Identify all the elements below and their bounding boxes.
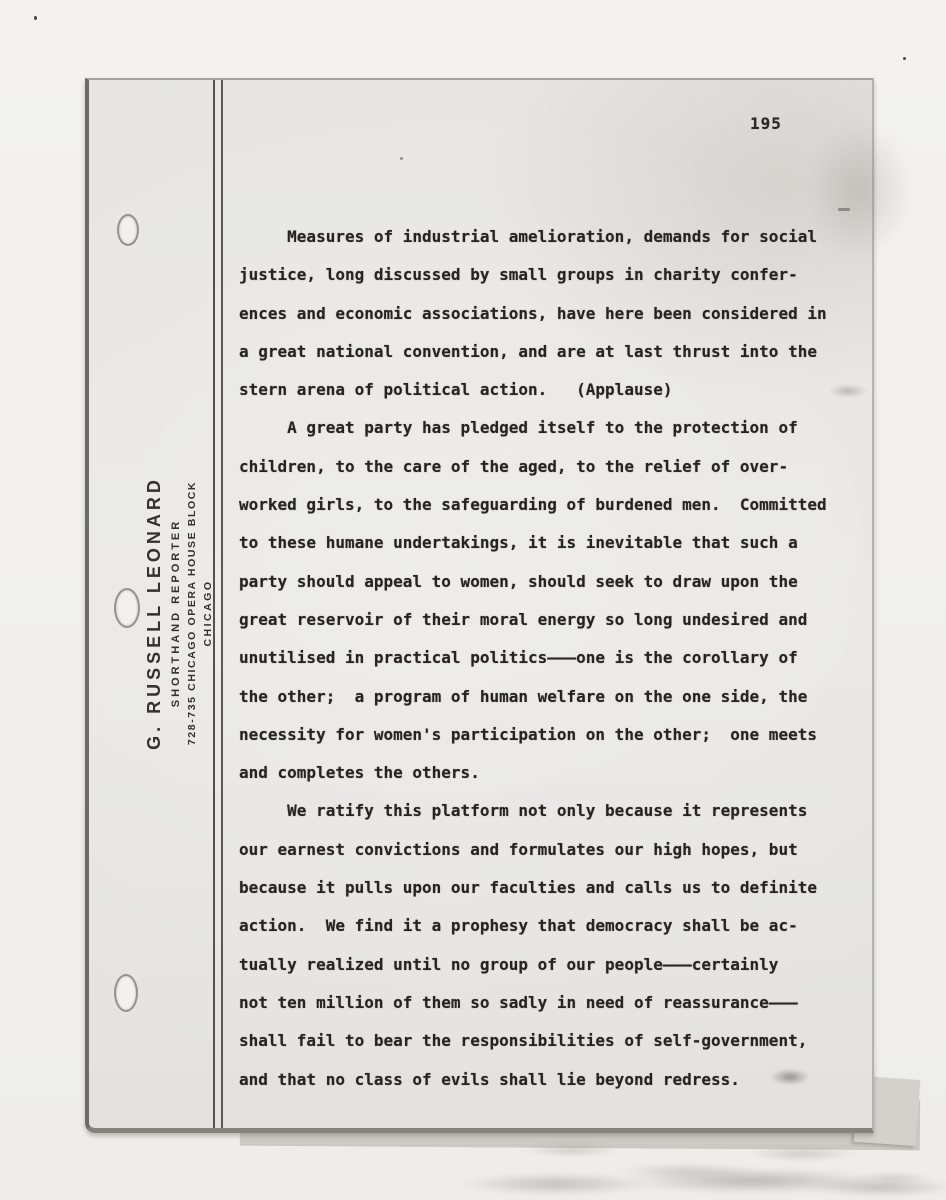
typed-line: to these humane undertakings, it is inev… (239, 524, 859, 562)
typed-line: justice, long discussed by small groups … (239, 256, 859, 294)
punch-hole-bottom (114, 974, 138, 1012)
stamp-reporter-title: SHORTHAND REPORTER (170, 519, 182, 707)
typed-line: our earnest convictions and formulates o… (239, 831, 859, 869)
typed-line: We ratify this platform not only because… (239, 792, 859, 830)
typed-line: tually realized until no group of our pe… (239, 946, 859, 984)
typed-line: Measures of industrial amelioration, dem… (239, 218, 859, 256)
typed-line: shall fail to bear the responsibilities … (239, 1022, 859, 1060)
typed-line: the other; a program of human welfare on… (239, 678, 859, 716)
typed-line: children, to the care of the aged, to th… (239, 448, 859, 486)
typed-line: stern arena of political action. (Applau… (239, 371, 859, 409)
typed-line: great reservoir of their moral energy so… (239, 601, 859, 639)
typed-body: Measures of industrial amelioration, dem… (239, 218, 859, 1099)
typed-line: not ten million of them so sadly in need… (239, 984, 859, 1022)
dust-speck (903, 57, 906, 60)
typed-line: and completes the others. (239, 754, 859, 792)
typed-line: party should appeal to women, should see… (239, 563, 859, 601)
margin-stamp: G. RUSSELL LEONARD SHORTHAND REPORTER 72… (140, 463, 218, 763)
bottom-edge-smudge (389, 1168, 946, 1200)
typed-line: A great party has pledged itself to the … (239, 409, 859, 447)
typed-line: and that no class of evils shall lie bey… (239, 1061, 859, 1099)
page-number: 195 (750, 114, 782, 133)
punch-hole-top (117, 214, 139, 246)
typed-line: a great national convention, and are at … (239, 333, 859, 371)
typed-line: unutilised in practical politics———one i… (239, 639, 859, 677)
typed-line: ences and economic associations, have he… (239, 295, 859, 333)
scan-background: G. RUSSELL LEONARD SHORTHAND REPORTER 72… (0, 0, 946, 1200)
dust-speck (838, 208, 850, 211)
punch-hole-middle (114, 588, 140, 628)
typed-line: action. We find it a prophesy that democ… (239, 907, 859, 945)
stamp-city: CHICAGO (202, 579, 214, 646)
typed-line: because it pulls upon our faculties and … (239, 869, 859, 907)
paper-sheet: G. RUSSELL LEONARD SHORTHAND REPORTER 72… (85, 78, 874, 1133)
typed-line: worked girls, to the safeguarding of bur… (239, 486, 859, 524)
dust-speck (34, 16, 37, 20)
dust-speck (400, 157, 403, 160)
stamp-address: 728-735 CHICAGO OPERA HOUSE BLOCK (186, 481, 198, 745)
typed-line: necessity for women's participation on t… (239, 716, 859, 754)
stamp-reporter-name: G. RUSSELL LEONARD (144, 476, 165, 750)
